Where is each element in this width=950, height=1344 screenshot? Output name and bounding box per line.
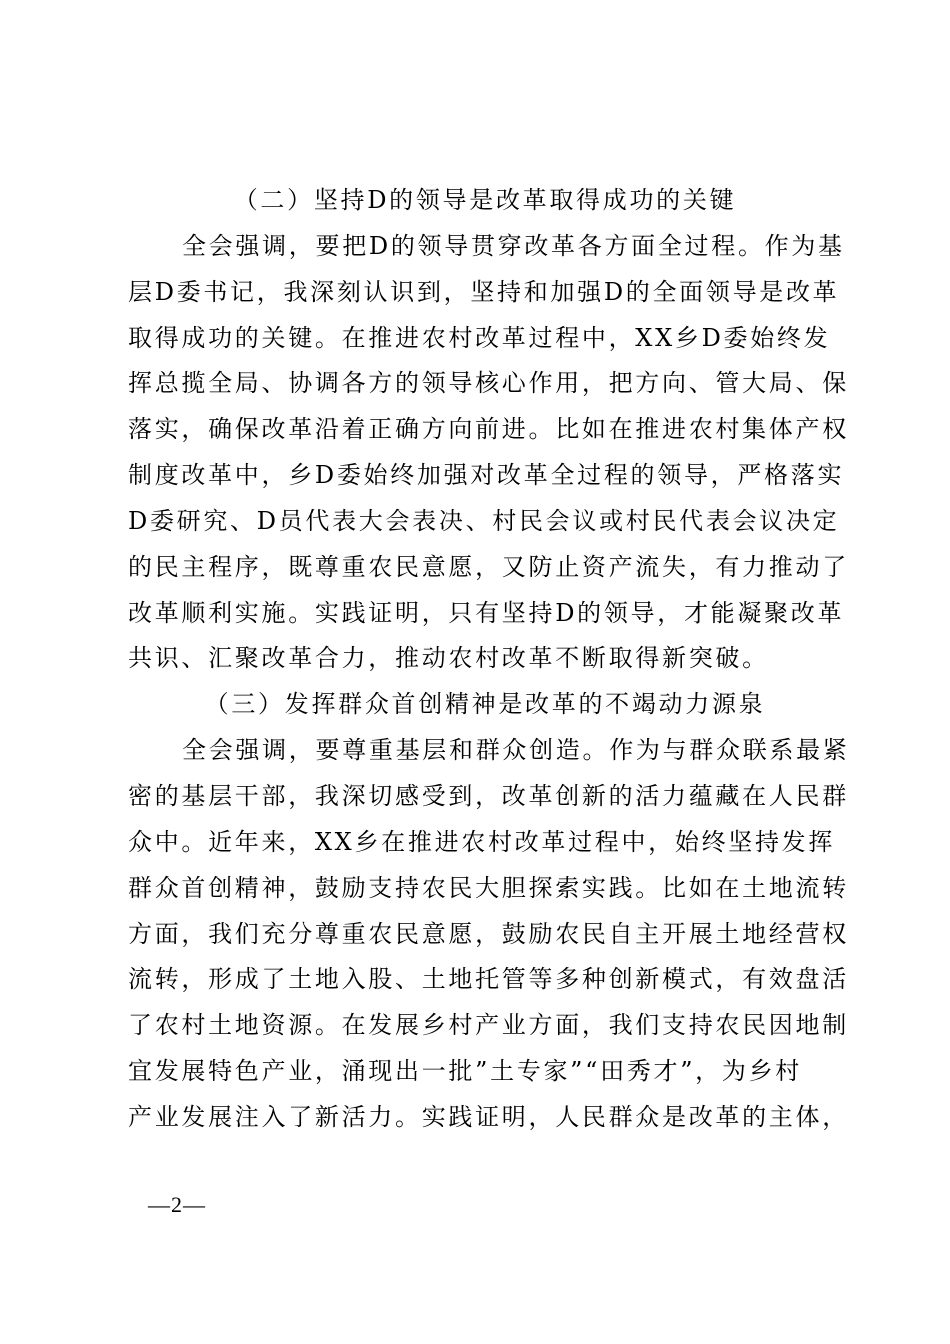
page-number: —2— (148, 1190, 206, 1220)
document-page: （二）坚持D的领导是改革取得成功的关键 全会强调，要把D的领导贯穿改革各方面全过… (0, 0, 950, 1344)
paragraph-line: 全会强调，要尊重基层和群众创造。作为与群众联系最紧 (128, 728, 832, 774)
paragraph-line: 宜发展特色产业，涌现出一批”土专家”“田秀才”，为乡村 (128, 1049, 832, 1095)
paragraph-line: 的民主程序，既尊重农民意愿，又防止资产流失，有力推动了 (128, 545, 832, 591)
paragraph-line: D委研究、D员代表大会表决、村民会议或村民代表会议决定 (128, 499, 832, 545)
paragraph-line: 方面，我们充分尊重农民意愿，鼓励农民自主开展土地经营权 (128, 912, 832, 958)
paragraph-line: 全会强调，要把D的领导贯穿改革各方面全过程。作为基 (128, 224, 832, 270)
paragraph-line: 落实，确保改革沿着正确方向前进。比如在推进农村集体产权 (128, 407, 832, 453)
paragraph-line: 产业发展注入了新活力。实践证明，人民群众是改革的主体， (128, 1095, 832, 1141)
section-3-paragraph: 全会强调，要尊重基层和群众创造。作为与群众联系最紧 密的基层干部，我深切感受到，… (128, 728, 832, 1141)
paragraph-line: 制度改革中，乡D委始终加强对改革全过程的领导，严格落实 (128, 453, 832, 499)
document-body: （二）坚持D的领导是改革取得成功的关键 全会强调，要把D的领导贯穿改革各方面全过… (128, 178, 832, 1141)
section-heading-2: （二）坚持D的领导是改革取得成功的关键 (128, 178, 832, 224)
paragraph-line: 群众首创精神，鼓励支持农民大胆探索实践。比如在土地流转 (128, 866, 832, 912)
paragraph-line: 取得成功的关键。在推进农村改革过程中，XX乡D委始终发 (128, 316, 832, 362)
paragraph-line: 改革顺利实施。实践证明，只有坚持D的领导，才能凝聚改革 (128, 591, 832, 637)
section-2-paragraph: 全会强调，要把D的领导贯穿改革各方面全过程。作为基 层D委书记，我深刻认识到，坚… (128, 224, 832, 682)
paragraph-line: 流转，形成了土地入股、土地托管等多种创新模式，有效盘活 (128, 957, 832, 1003)
paragraph-line: 共识、汇聚改革合力，推动农村改革不断取得新突破。 (128, 636, 832, 682)
paragraph-line: 挥总揽全局、协调各方的领导核心作用，把方向、管大局、保 (128, 361, 832, 407)
paragraph-line: 众中。近年来，XX乡在推进农村改革过程中，始终坚持发挥 (128, 820, 832, 866)
paragraph-line: 了农村土地资源。在发展乡村产业方面，我们支持农民因地制 (128, 1003, 832, 1049)
section-heading-3: （三）发挥群众首创精神是改革的不竭动力源泉 (128, 682, 832, 728)
paragraph-line: 密的基层干部，我深切感受到，改革创新的活力蕴藏在人民群 (128, 774, 832, 820)
paragraph-line: 层D委书记，我深刻认识到，坚持和加强D的全面领导是改革 (128, 270, 832, 316)
